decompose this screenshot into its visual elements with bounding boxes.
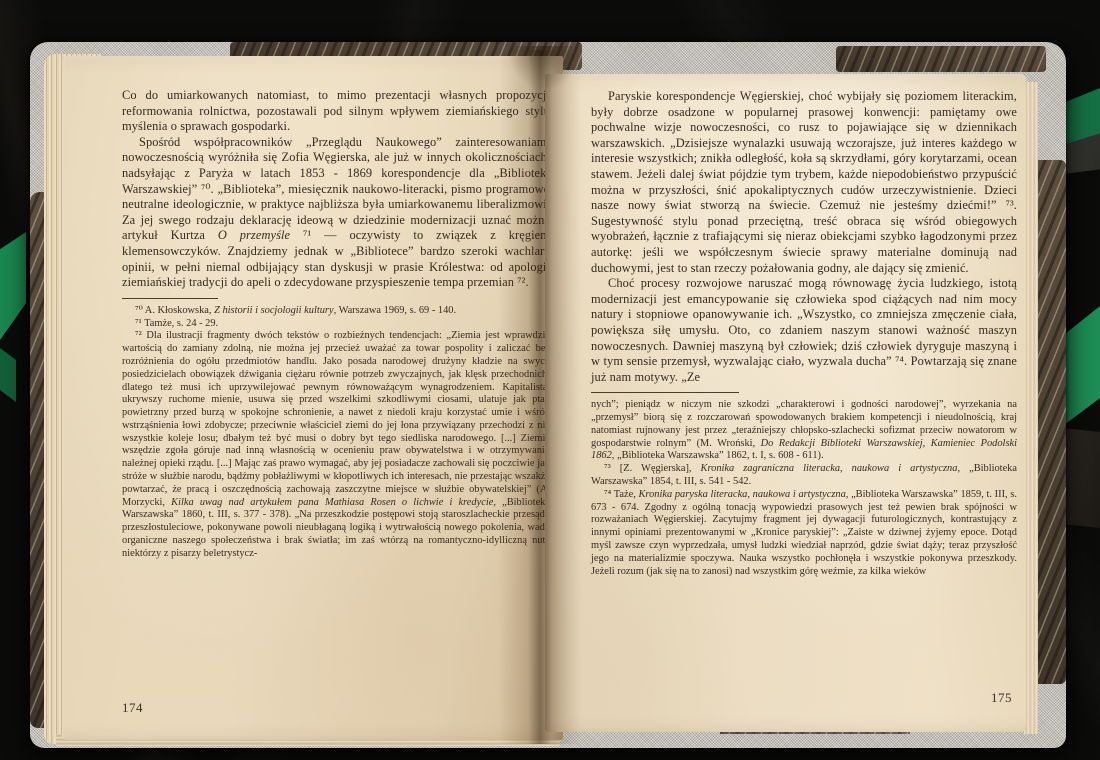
paragraph: Choć procesy rozwojowe naruszać mogą rów…: [591, 276, 1017, 385]
page-number-left: 174: [122, 700, 143, 716]
text-segment: ⁷³ [Z. Węgierska],: [604, 463, 701, 474]
footnote: ⁷⁰ A. Kłoskowska, Z historii i socjologi…: [122, 305, 550, 318]
left-page-text: Co do umiarkowanych natomiast, to mimo p…: [122, 88, 550, 561]
text-segment: ⁷⁰ A. Kłoskowska,: [135, 305, 214, 316]
italic-title: Kronika zagraniczna literacka, naukowa i…: [701, 463, 958, 474]
open-book: Co do umiarkowanych natomiast, to mimo p…: [30, 42, 1066, 748]
right-page: Paryskie korespondencje Węgierskiej, cho…: [545, 74, 1026, 732]
italic-title: Kronika paryska literacka, naukowa i art…: [639, 489, 846, 500]
italic-title: Kilka uwag nad artykułem pana Mathiasa R…: [171, 497, 493, 508]
text-segment: , „Biblioteka Warszawska” 1859, t. III, …: [591, 489, 1017, 577]
text-segment: Spośród współpracowników „Przeglądu Nauk…: [122, 135, 550, 243]
photo-background: Co do umiarkowanych natomiast, to mimo p…: [0, 0, 1100, 760]
paragraph: Co do umiarkowanych natomiast, to mimo p…: [122, 88, 550, 135]
italic-title: O przemyśle: [218, 228, 290, 242]
footnote: ⁷¹ Tamże, s. 24 - 29.: [122, 318, 550, 331]
footnote: ⁷⁴ Taże, Kronika paryska literacka, nauk…: [591, 489, 1017, 579]
marble-patch-top-right: [836, 46, 1046, 72]
footnote: ⁷³ [Z. Węgierska], Kronika zagraniczna l…: [591, 463, 1017, 489]
italic-title: Z historii i socjologii kultury: [214, 305, 334, 316]
right-page-text: Paryskie korespondencje Węgierskiej, cho…: [591, 89, 1017, 578]
text-segment: , Warszawa 1969, s. 69 - 140.: [334, 305, 456, 316]
paragraph: Paryskie korespondencje Węgierskiej, cho…: [591, 89, 1017, 276]
green-stripe-left-lower: [0, 348, 16, 402]
text-segment: ⁷⁴ Taże,: [604, 489, 639, 500]
page-stack-edge-right: [1024, 82, 1038, 734]
footnote-separator: [591, 392, 739, 393]
marble-patch-right-edge: [1036, 160, 1066, 684]
marble-slab-right-bottom: [1062, 428, 1100, 528]
paragraph: Spośród współpracowników „Przeglądu Nauk…: [122, 135, 550, 291]
text-segment: ⁷² Dla ilustracji fragmenty dwóch tekstó…: [122, 330, 550, 507]
text-segment: , „Biblioteka Warszawska” 1862, t. I, s.…: [612, 450, 824, 461]
left-page: Co do umiarkowanych natomiast, to mimo p…: [62, 56, 563, 740]
footnote: ⁷² Dla ilustracji fragmenty dwóch tekstó…: [122, 330, 550, 560]
footnote: nych”; pieniądz w niczym nie szkodzi „ch…: [591, 399, 1017, 463]
green-stripe-left: [0, 232, 26, 340]
page-number-right: 175: [991, 690, 1012, 706]
footnote-separator: [122, 298, 218, 299]
